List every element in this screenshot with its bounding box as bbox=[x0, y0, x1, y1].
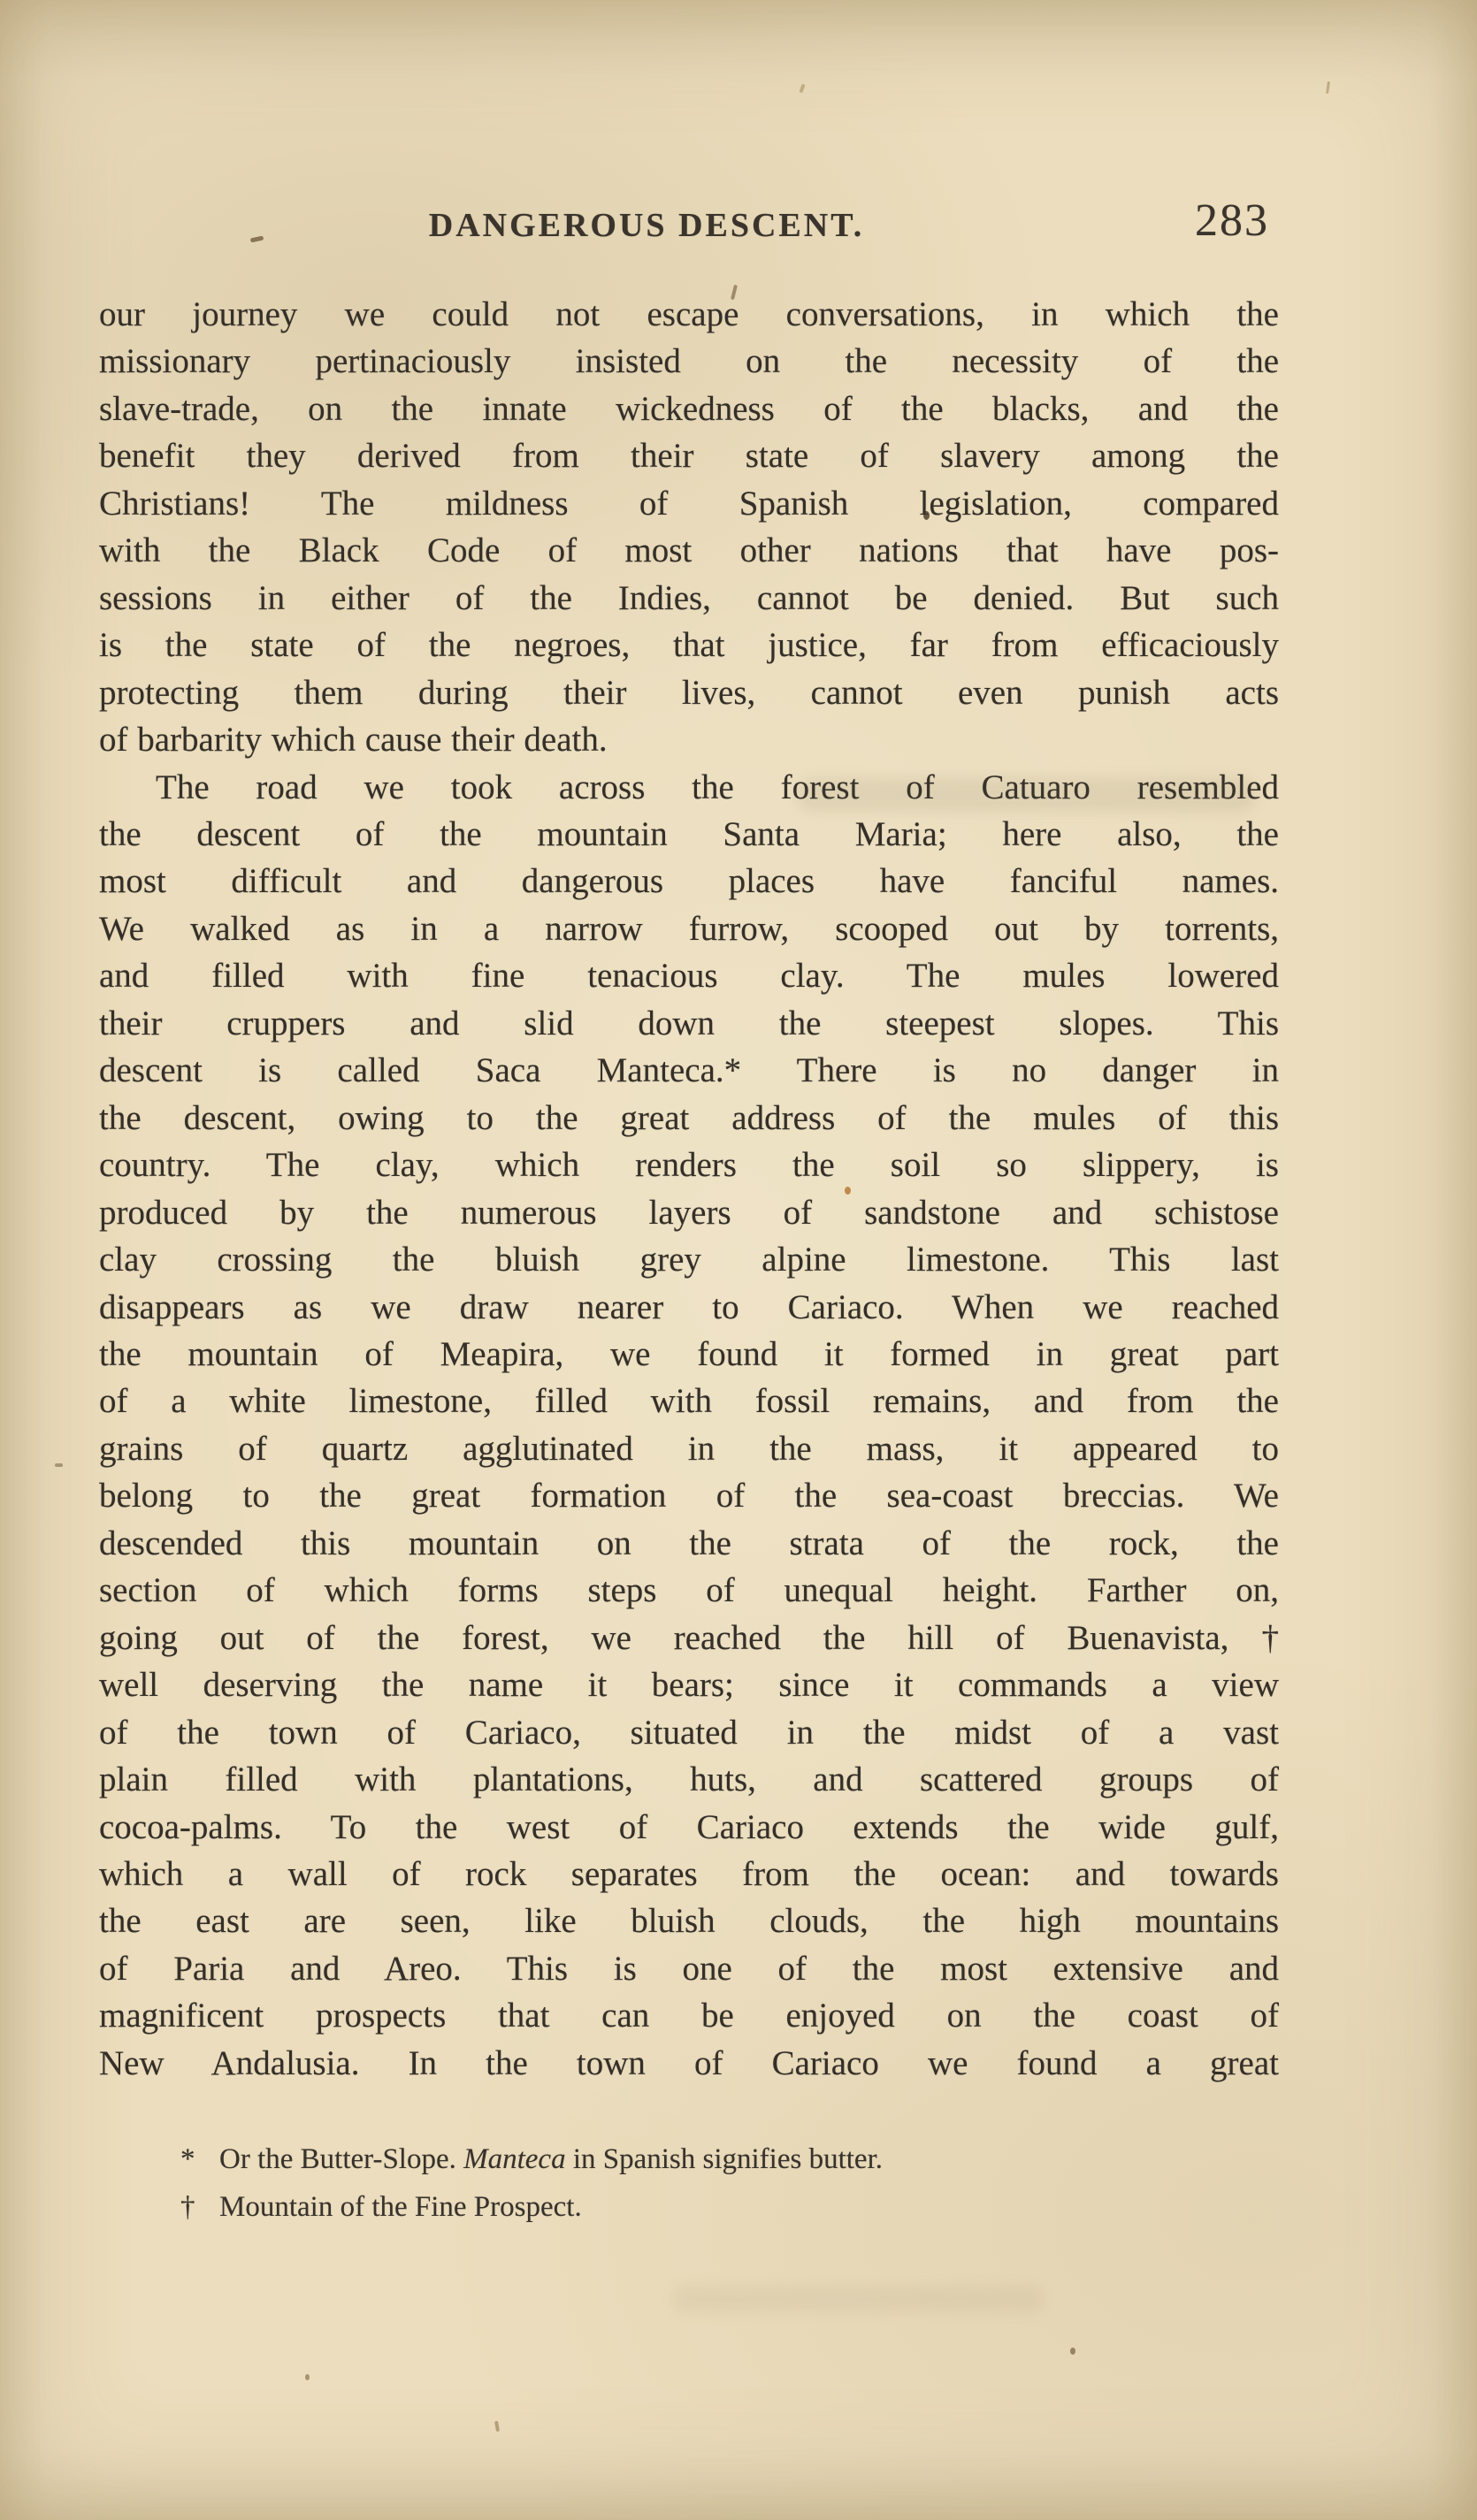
body-line: country. The clay, which renders the soi… bbox=[99, 1142, 1279, 1188]
body-line: and filled with fine tenacious clay. The… bbox=[99, 952, 1279, 999]
footnote-marker: * bbox=[180, 2135, 219, 2183]
body-line: the mountain of Meapira, we found it for… bbox=[99, 1331, 1279, 1378]
ink-bleedthrough bbox=[672, 2286, 1044, 2312]
body-line: our journey we could not escape conversa… bbox=[99, 291, 1279, 338]
body-line: plain filled with plantations, huts, and… bbox=[99, 1756, 1279, 1803]
body-line: most difficult and dangerous places have… bbox=[99, 858, 1279, 905]
paper-speck bbox=[1326, 81, 1330, 94]
body-line: Christians! The mildness of Spanish legi… bbox=[99, 480, 1279, 527]
footnotes: *Or the Butter-Slope. Manteca in Spanish… bbox=[180, 2135, 1277, 2231]
paragraph: our journey we could not escape conversa… bbox=[99, 291, 1279, 764]
footnote-text: Or the Butter-Slope. bbox=[219, 2143, 463, 2175]
body-line: disappears as we draw nearer to Cariaco.… bbox=[99, 1284, 1279, 1331]
body-line: the east are seen, like bluish clouds, t… bbox=[99, 1898, 1279, 1944]
body-line: protecting them during their lives, cann… bbox=[99, 669, 1279, 716]
body-line: magnificent prospects that can be enjoye… bbox=[99, 1992, 1279, 2039]
running-head: DANGEROUS DESCENT. bbox=[57, 209, 1236, 242]
footnote: *Or the Butter-Slope. Manteca in Spanish… bbox=[180, 2135, 1277, 2183]
body-line: the descent of the mountain Santa Maria;… bbox=[99, 811, 1279, 858]
body-line: going out of the forest, we reached the … bbox=[99, 1615, 1279, 1661]
paper-speck bbox=[1070, 2348, 1075, 2355]
body-line: is the state of the negroes, that justic… bbox=[99, 622, 1279, 668]
footnote: †Mountain of the Fine Prospect. bbox=[180, 2183, 1277, 2231]
body-line: which a wall of rock separates from the … bbox=[99, 1851, 1279, 1898]
body-line: grains of quartz agglutinated in the mas… bbox=[99, 1425, 1279, 1472]
body-line: slave-trade, on the innate wickedness of… bbox=[99, 386, 1279, 432]
body-line: cocoa-palms. To the west of Cariaco exte… bbox=[99, 1804, 1279, 1851]
paper-speck bbox=[799, 84, 805, 94]
body-line: well deserving the name it bears; since … bbox=[99, 1661, 1279, 1708]
paper-speck bbox=[55, 1463, 63, 1467]
footnote-marker: † bbox=[180, 2183, 219, 2231]
body-line: descended this mountain on the strata of… bbox=[99, 1520, 1279, 1567]
footnote-text: in Spanish signifies butter. bbox=[566, 2143, 883, 2175]
book-page: DANGEROUS DESCENT. 283 our journey we co… bbox=[0, 0, 1477, 2520]
body-line: clay crossing the bluish grey alpine lim… bbox=[99, 1236, 1279, 1283]
paragraph: The road we took across the forest of Ca… bbox=[99, 764, 1279, 2088]
body-line: of barbarity which cause their death. bbox=[99, 716, 1279, 763]
body-line: section of which forms steps of unequal … bbox=[99, 1567, 1279, 1614]
body-line: of Paria and Areo. This is one of the mo… bbox=[99, 1945, 1279, 1992]
body-line: missionary pertinaciously insisted on th… bbox=[99, 338, 1279, 385]
body-line: their cruppers and slid down the steepes… bbox=[99, 1000, 1279, 1047]
body-line: benefit they derived from their state of… bbox=[99, 432, 1279, 479]
body-line: descent is called Saca Manteca.* There i… bbox=[99, 1047, 1279, 1094]
body-line: We walked as in a narrow furrow, scooped… bbox=[99, 905, 1279, 952]
body-line: New Andalusia. In the town of Cariaco we… bbox=[99, 2040, 1279, 2087]
body-line: of the town of Cariaco, situated in the … bbox=[99, 1709, 1279, 1756]
paper-speck bbox=[305, 2374, 310, 2380]
body-line: sessions in either of the Indies, cannot… bbox=[99, 575, 1279, 622]
page-number: 283 bbox=[1195, 198, 1269, 244]
paper-speck bbox=[494, 2421, 500, 2432]
body-line: belong to the great formation of the sea… bbox=[99, 1472, 1279, 1519]
body-line: produced by the numerous layers of sands… bbox=[99, 1189, 1279, 1236]
body-line: of a white limestone, filled with fossil… bbox=[99, 1378, 1279, 1424]
footnote-text: Mountain of the Fine Prospect. bbox=[219, 2191, 582, 2223]
body-line: The road we took across the forest of Ca… bbox=[99, 764, 1279, 811]
body-text: our journey we could not escape conversa… bbox=[99, 291, 1279, 2087]
body-line: with the Black Code of most other nation… bbox=[99, 527, 1279, 574]
body-line: the descent, owing to the great address … bbox=[99, 1095, 1279, 1142]
footnote-italic-text: Manteca bbox=[463, 2143, 565, 2175]
